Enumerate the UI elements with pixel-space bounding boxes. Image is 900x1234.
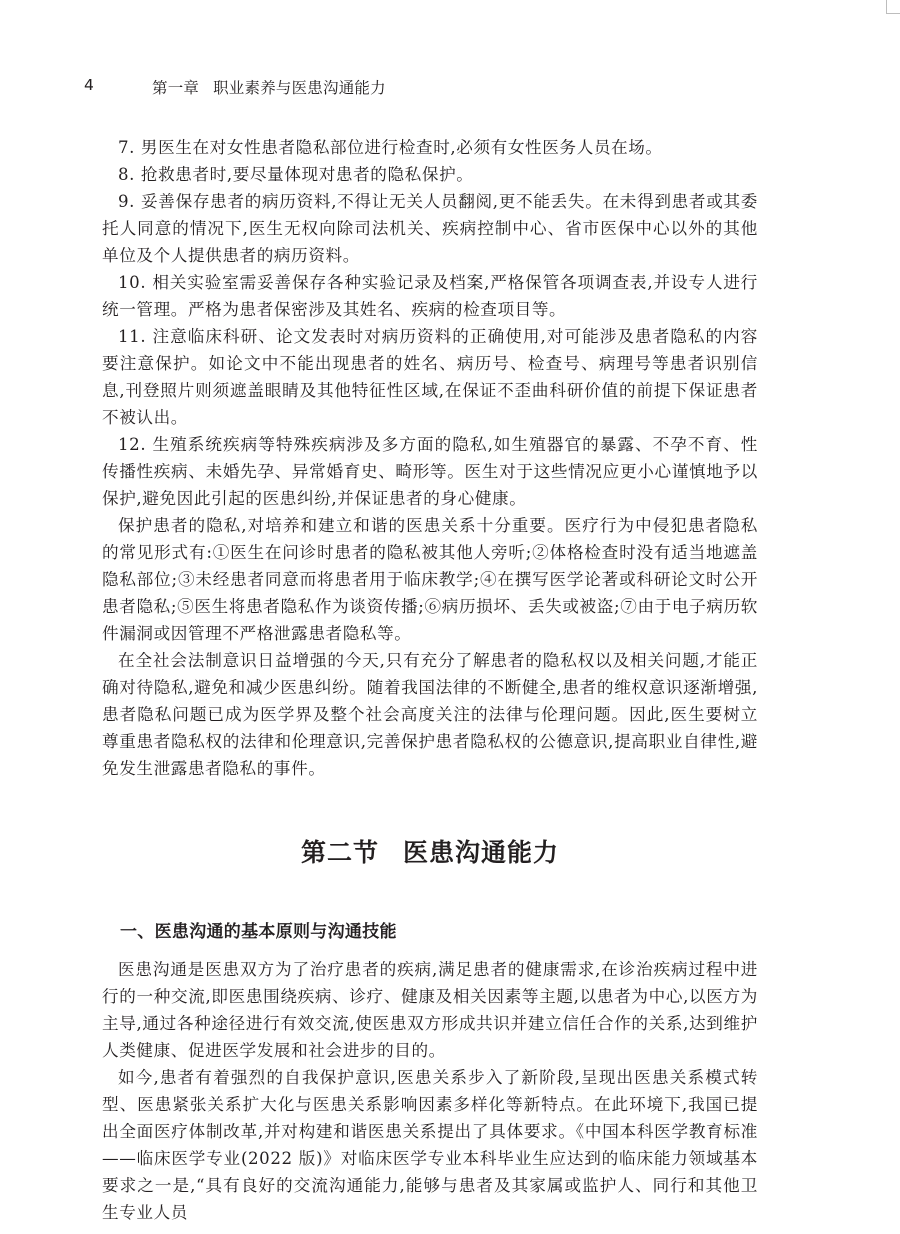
paragraph-privacy-forms: 保护患者的隐私,对培养和建立和谐的医患关系十分重要。医疗行为中侵犯患者隐私的常见… [102,512,758,647]
page-number: 4 [84,76,94,94]
chapter-heading: 第一章职业素养与医患沟通能力 [152,76,386,98]
paragraph-item-8: 8. 抢救患者时,要尽量体现对患者的隐私保护。 [102,161,758,188]
subsection-title: 一、医患沟通的基本原则与沟通技能 [120,919,758,946]
chapter-title: 职业素养与医患沟通能力 [213,79,386,97]
paragraph-item-10: 10. 相关实验室需妥善保存各种实验记录及档案,严格保管各项调查表,并设专人进行… [102,269,758,323]
section-title: 第二节医患沟通能力 [102,833,758,873]
chapter-label: 第一章 [152,79,199,97]
paragraph-item-9: 9. 妥善保存患者的病历资料,不得让无关人员翻阅,更不能丢失。在未得到患者或其委… [102,188,758,269]
paragraph-communication-context: 如今,患者有着强烈的自我保护意识,医患关系步入了新阶段,呈现出医患关系模式转型、… [102,1064,758,1226]
paragraph-privacy-conclusion: 在全社会法制意识日益增强的今天,只有充分了解患者的隐私权以及相关问题,才能正确对… [102,647,758,782]
page-content: 7. 男医生在对女性患者隐私部位进行检查时,必须有女性医务人员在场。 8. 抢救… [102,134,758,1226]
page-corner-mark [886,0,900,14]
paragraph-item-11: 11. 注意临床科研、论文发表时对病历资料的正确使用,对可能涉及患者隐私的内容要… [102,323,758,431]
section-name: 医患沟通能力 [403,838,559,867]
paragraph-item-12: 12. 生殖系统疾病等特殊疾病涉及多方面的隐私,如生殖器官的暴露、不孕不育、性传… [102,431,758,512]
paragraph-communication-definition: 医患沟通是医患双方为了治疗患者的疾病,满足患者的健康需求,在诊治疾病过程中进行的… [102,956,758,1064]
section-label: 第二节 [301,838,379,867]
paragraph-item-7: 7. 男医生在对女性患者隐私部位进行检查时,必须有女性医务人员在场。 [102,134,758,161]
